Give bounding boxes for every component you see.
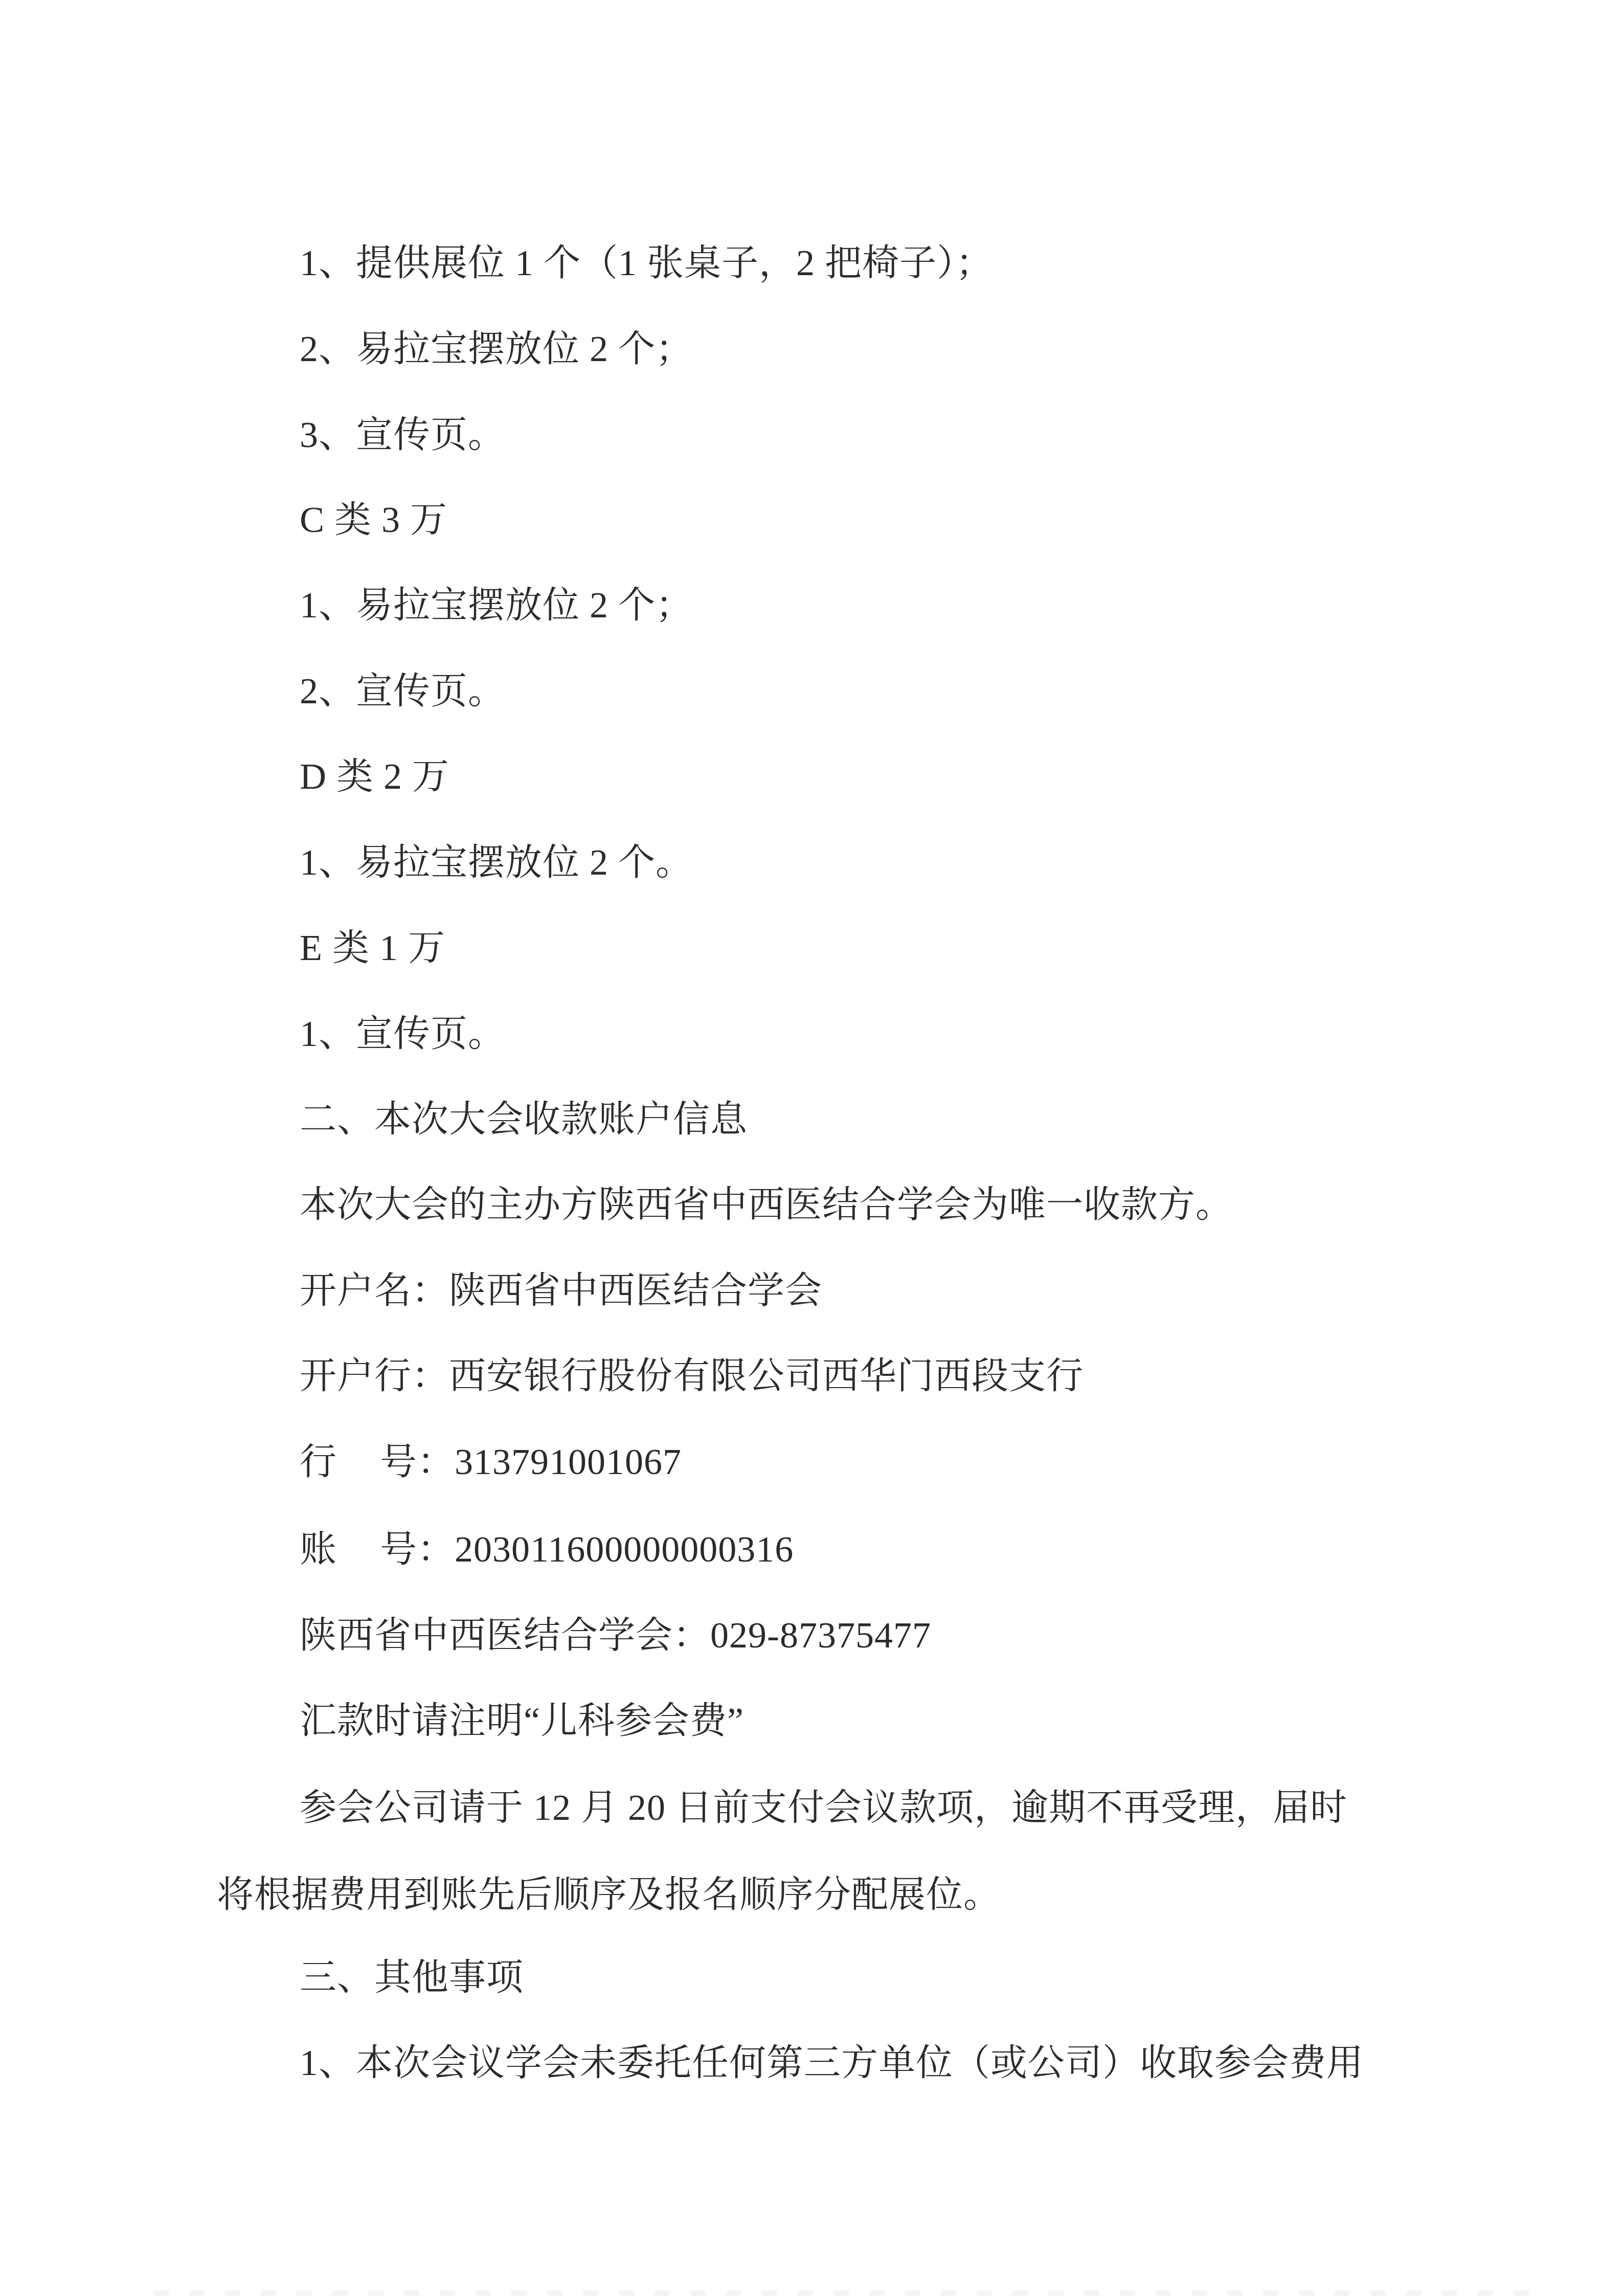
booth-item-1: 1、提供展位 1 个（1 张桌子，2 把椅子）；	[300, 220, 1389, 306]
account-name-row: 开户名：陕西省中西医结合学会	[300, 1247, 1389, 1333]
phone-row: 陕西省中西医结合学会：029-87375477	[300, 1592, 1389, 1678]
category-d-title: D 类 2 万	[300, 733, 1389, 819]
account-name-value: 陕西省中西医结合学会	[449, 1270, 822, 1311]
section-two-heading: 二、本次大会收款账户信息	[300, 1076, 1389, 1162]
bank-code-label-b: 号：	[380, 1441, 455, 1482]
phone-label: 陕西省中西医结合学会：	[300, 1615, 710, 1656]
category-e-item-1: 1、宣传页。	[300, 991, 1389, 1077]
section-two-intro: 本次大会的主办方陕西省中西医结合学会为唯一收款方。	[300, 1162, 1389, 1247]
deadline-paragraph-line-1: 参会公司请于 12 月 20 日前支付会议款项，逾期不再受理，届时	[300, 1765, 1389, 1851]
section-three-heading: 三、其他事项	[300, 1934, 1389, 2020]
category-c-title: C 类 3 万	[300, 477, 1389, 563]
phone-value: 029-87375477	[710, 1615, 931, 1656]
booth-item-2: 2、易拉宝摆放位 2 个；	[300, 306, 1389, 392]
bank-code-row: 行号：313791001067	[300, 1419, 1389, 1505]
account-number-label-b: 号：	[380, 1529, 455, 1570]
account-number-row: 账号：203011600000000316	[300, 1506, 1389, 1592]
category-c-item-2: 2、宣传页。	[300, 648, 1389, 734]
bank-value: 西安银行股份有限公司西华门西段支行	[449, 1355, 1084, 1396]
section-three-item-1: 1、本次会议学会未委托任何第三方单位（或公司）收取参会费用	[300, 2020, 1389, 2106]
document-page: 1、提供展位 1 个（1 张桌子，2 把椅子）； 2、易拉宝摆放位 2 个； 3…	[0, 0, 1623, 2296]
remittance-note: 汇款时请注明“儿科参会费”	[300, 1678, 1389, 1764]
booth-item-3: 3、宣传页。	[300, 392, 1389, 478]
category-c-item-1: 1、易拉宝摆放位 2 个；	[300, 562, 1389, 648]
bank-code-value: 313791001067	[455, 1441, 682, 1482]
account-name-label: 开户名：	[300, 1270, 449, 1311]
category-e-title: E 类 1 万	[300, 905, 1389, 991]
category-d-item-1: 1、易拉宝摆放位 2 个。	[300, 819, 1389, 905]
bank-label: 开户行：	[300, 1355, 449, 1396]
bank-code-label-a: 行	[300, 1419, 337, 1505]
deadline-paragraph-line-2: 将根据费用到账先后顺序及报名顺序分配展位。	[217, 1852, 1388, 1937]
account-number-label-a: 账	[300, 1506, 337, 1592]
bank-row: 开户行：西安银行股份有限公司西华门西段支行	[300, 1333, 1389, 1419]
scan-bleed-artifact	[153, 2290, 1534, 2296]
account-number-value: 203011600000000316	[455, 1529, 794, 1570]
